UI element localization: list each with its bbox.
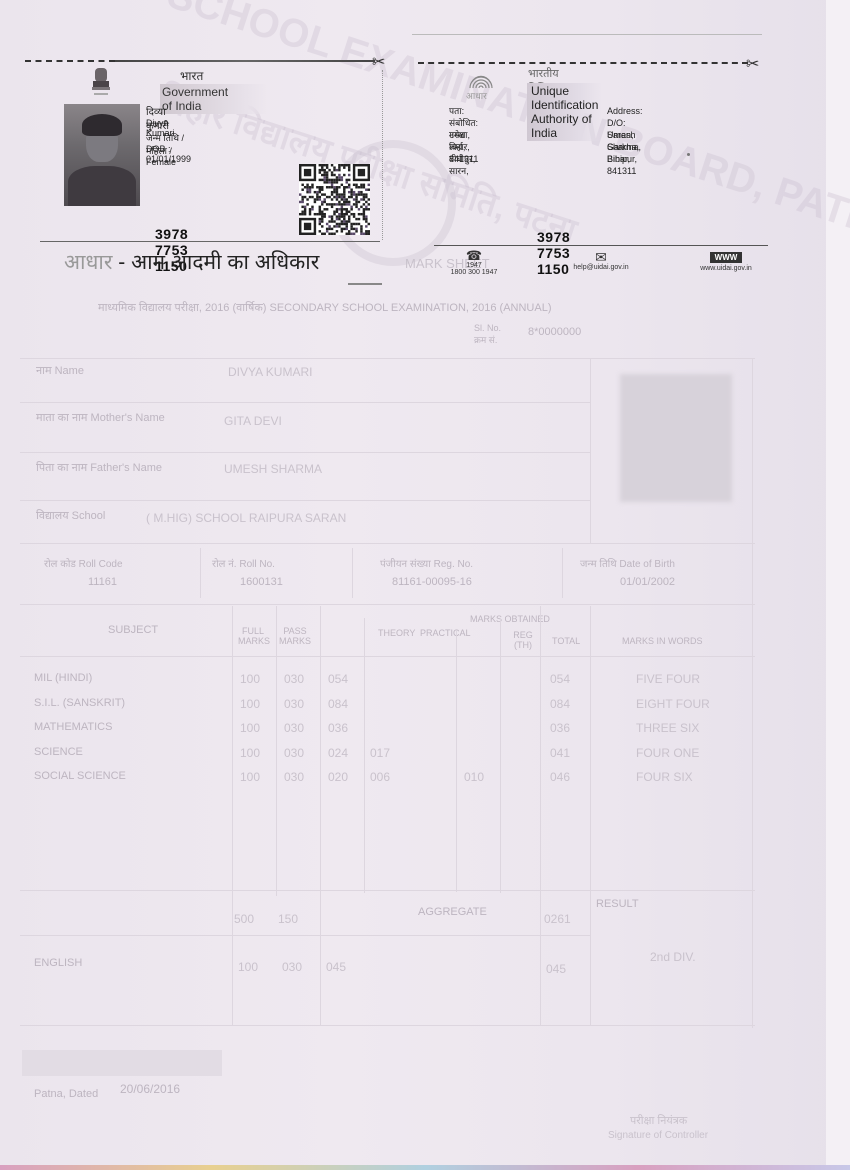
field-father-value: UMESH SHARMA — [224, 462, 322, 476]
reg-no-label: पंजीयन संख्या Reg. No. — [380, 556, 473, 570]
page-edge — [826, 0, 850, 1170]
th-marks-obtained: MARKS OBTAINED — [470, 614, 550, 624]
th-pass-marks: PASS MARKS — [278, 626, 312, 646]
marks-cell-subject: MATHEMATICS — [34, 721, 112, 733]
telephone-icon: ☎ — [450, 250, 498, 262]
marks-cell-total: 084 — [550, 697, 570, 711]
th-subject: SUBJECT — [108, 624, 158, 636]
marks-cell-pr1: 017 — [370, 746, 390, 760]
footer-strip — [22, 1050, 222, 1076]
website-link[interactable]: www.uidai.gov.in — [694, 265, 758, 272]
marks-cell-words: FOUR ONE — [636, 746, 699, 760]
qr-code[interactable] — [299, 164, 370, 235]
marks-cell-total: 054 — [550, 672, 570, 686]
field-name-value: DIVYA KUMARI — [228, 365, 312, 379]
marks-cell-total: 046 — [550, 770, 570, 784]
marks-cell-th: 020 — [328, 770, 348, 784]
marks-cell-words: THREE SIX — [636, 721, 699, 735]
slogan-prefix: आधार — [64, 251, 112, 274]
place-dated-label: Patna, Dated — [34, 1088, 98, 1100]
additional-full: 100 — [238, 960, 258, 974]
marks-cell-subject: MIL (HINDI) — [34, 672, 92, 684]
additional-subject: ENGLISH — [34, 957, 82, 969]
gender-line: महिला / Female — [146, 144, 176, 167]
marks-cell-subject: SCIENCE — [34, 746, 83, 758]
marks-cell-th: 084 — [328, 697, 348, 711]
slogan: आधार - आम आदमी का अधिकार — [64, 248, 319, 276]
gov-english: Government of India — [160, 84, 268, 114]
roll-code-label: रोल कोड Roll Code — [44, 556, 123, 570]
field-name-label: नाम Name — [36, 363, 84, 378]
marks-cell-total: 036 — [550, 721, 570, 735]
field-mother-label: माता का नाम Mother's Name — [36, 410, 165, 425]
authority-english: Unique Identification Authority of India — [527, 83, 602, 141]
marks-cell-subject: SOCIAL SCIENCE — [34, 770, 126, 782]
additional-total: 045 — [546, 962, 566, 976]
marks-cell-subject: S.I.L. (SANSKRIT) — [34, 697, 125, 709]
marks-cell-pass: 030 — [284, 721, 304, 735]
marks-cell-words: FIVE FOUR — [636, 672, 700, 686]
th-total: TOTAL — [552, 636, 580, 646]
roll-no-label: रोल नं. Roll No. — [212, 556, 275, 570]
email-block: ✉ help@uidai.gov.in — [566, 250, 636, 271]
signature-english: Signature of Controller — [608, 1130, 708, 1141]
address-label-hindi: पता: — [449, 105, 464, 117]
address-english-line2: Saran, Garkha, Bihar, 841311 — [607, 129, 639, 177]
website-block: WWW www.uidai.gov.in — [694, 252, 758, 272]
result-label: RESULT — [596, 898, 639, 910]
reg-no-value: 81161-00095-16 — [392, 576, 472, 588]
www-icon: WWW — [710, 252, 743, 263]
marks-cell-th: 054 — [328, 672, 348, 686]
th-in-words: MARKS IN WORDS — [622, 636, 703, 646]
roll-no-value: 1600131 — [240, 576, 283, 588]
th-reg-th: REG (TH) — [510, 630, 536, 650]
phone-full[interactable]: 1800 300 1947 — [450, 269, 498, 276]
marks-cell-pass: 030 — [284, 770, 304, 784]
marks-cell-full: 100 — [240, 672, 260, 686]
envelope-icon: ✉ — [566, 250, 636, 264]
field-father-label: पिता का नाम Father's Name — [36, 460, 162, 475]
student-photo — [620, 374, 732, 502]
signature-hindi: परीक्षा नियंत्रक — [630, 1113, 687, 1128]
emblem-icon — [90, 66, 112, 98]
marks-cell-words: FOUR SIX — [636, 770, 693, 784]
th-theory: THEORY — [378, 628, 415, 638]
marks-cell-pr1: 006 — [370, 770, 390, 784]
marks-cell-words: EIGHT FOUR — [636, 697, 710, 711]
serial-label-hi: क्रम सं. — [474, 333, 497, 346]
additional-pass: 030 — [282, 960, 302, 974]
aggregate-full: 500 — [234, 912, 254, 926]
field-school-label: विद्यालय School — [36, 508, 105, 523]
marks-cell-pass: 030 — [284, 697, 304, 711]
marks-cell-th: 024 — [328, 746, 348, 760]
roll-code-value: 11161 — [88, 576, 117, 588]
field-mother-value: GITA DEVI — [224, 414, 282, 428]
aggregate-label: AGGREGATE — [418, 906, 487, 918]
helpline: ☎ 1947 1800 300 1947 — [450, 250, 498, 276]
marks-cell-full: 100 — [240, 697, 260, 711]
marks-cell-full: 100 — [240, 721, 260, 735]
email-link[interactable]: help@uidai.gov.in — [566, 264, 636, 271]
th-practical: PRACTICAL — [420, 628, 471, 638]
serial-value: 8*0000000 — [528, 326, 581, 338]
dated-value: 20/06/2016 — [120, 1082, 180, 1096]
dob-value: 01/01/2002 — [620, 576, 675, 588]
result-value: 2nd DIV. — [650, 950, 696, 964]
exam-title: माध्यमिक विद्यालय परीक्षा, 2016 (वार्षिक… — [98, 300, 551, 315]
marks-cell-pr2: 010 — [464, 770, 484, 784]
marks-cell-full: 100 — [240, 746, 260, 760]
serial-label: Sl. No. — [474, 323, 501, 333]
address-label-english: Address: — [607, 105, 643, 117]
marks-cell-pass: 030 — [284, 672, 304, 686]
marks-cell-full: 100 — [240, 770, 260, 784]
marks-cell-total: 041 — [550, 746, 570, 760]
scan-edge-band — [0, 1165, 850, 1170]
slogan-rest: - आम आदमी का अधिकार — [112, 251, 319, 274]
th-full-marks: FULL MARKS — [238, 626, 268, 646]
marks-cell-pass: 030 — [284, 746, 304, 760]
aggregate-pass: 150 — [278, 912, 298, 926]
scissors-icon: ✂ — [372, 52, 385, 72]
address-hindi-line2: गरखा, बिहार, 841311 — [449, 129, 478, 165]
field-school-value: ( M.HIG) SCHOOL RAIPURA SARAN — [146, 511, 346, 525]
holder-photo — [64, 104, 140, 206]
marks-cell-th: 036 — [328, 721, 348, 735]
aggregate-total: 0261 — [544, 912, 571, 926]
phone-short: 1947 — [450, 262, 498, 269]
dob-label: जन्म तिथि Date of Birth — [580, 556, 675, 570]
scissors-icon: ✂ — [746, 54, 759, 74]
additional-theory: 045 — [326, 960, 346, 974]
aadhaar-logo-text: आधार — [466, 89, 487, 102]
